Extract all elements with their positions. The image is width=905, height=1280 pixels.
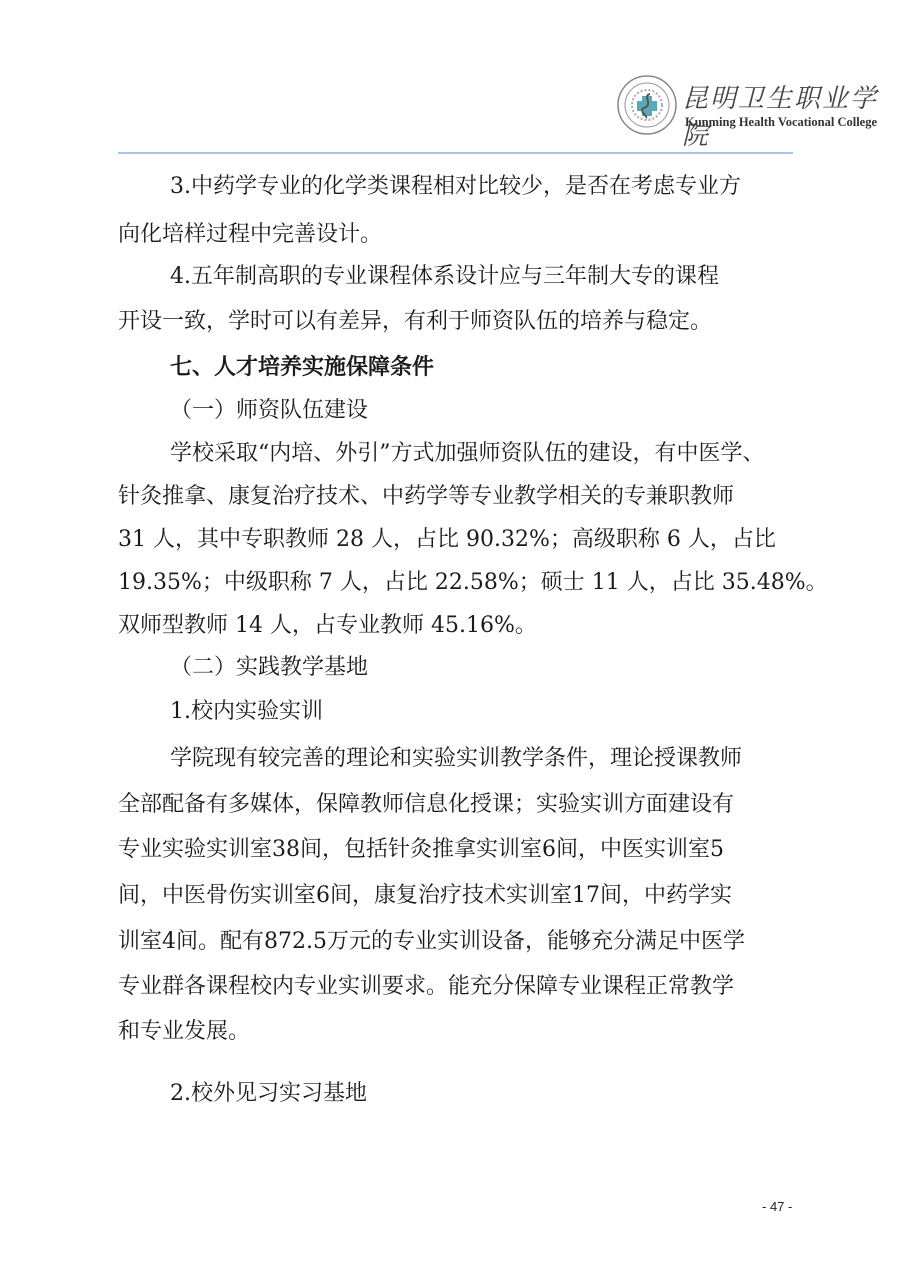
text-line: （一）师资队伍建设 [170,400,368,422]
text-line: 双师型教师 14 人，占专业教师 45.16%。 [118,615,537,637]
text-line: 19.35%；中级职称 7 人，占比 22.58%；硕士 11 人，占比 35.… [118,572,828,594]
text-line: 4.五年制高职的专业课程体系设计应与三年制大专的课程 [170,266,719,288]
page-number: - 47 - [762,1199,792,1214]
text-line: （二）实践教学基地 [170,657,368,679]
text-line: 学院现有较完善的理论和实验实训教学条件，理论授课教师 [170,748,742,770]
text-line: 和专业发展。 [118,1021,250,1043]
text-line: 学校采取“内培、外引”方式加强师资队伍的建设，有中医学、 [170,443,765,465]
college-name-en: Kunming Health Vocational College [685,115,877,130]
text-line: 31 人，其中专职教师 28 人，占比 90.32%；高级职称 6 人，占比 [118,529,776,551]
text-line: 2.校外见习实习基地 [170,1083,367,1105]
text-line: 全部配备有多媒体，保障教师信息化授课；实验实训方面建设有 [118,794,734,816]
text-line: 训室4间。配有872.5万元的专业实训设备，能够充分满足中医学 [118,931,745,953]
header-divider [118,152,793,154]
text-line: 针灸推拿、康复治疗技术、中药学等专业教学相关的专兼职教师 [118,486,734,508]
text-line: 向化培样过程中完善设计。 [118,224,382,246]
text-line: 1.校内实验实训 [170,701,323,723]
section-heading: 七、人才培养实施保障条件 [170,357,434,379]
text-line: 专业群各课程校内专业实训要求。能充分保障专业课程正常教学 [118,976,734,998]
text-line: 3.中药学专业的化学类课程相对比较少，是否在考虑专业方 [170,176,741,198]
college-emblem-icon [616,74,678,136]
text-line: 开设一致，学时可以有差异，有利于师资队伍的培养与稳定。 [118,311,712,333]
text-line: 间，中医骨伤实训室6间，康复治疗技术实训室17间，中药学实 [118,885,732,907]
text-line: 专业实验实训室38间，包括针灸推拿实训室6间，中医实训室5 [118,839,724,861]
